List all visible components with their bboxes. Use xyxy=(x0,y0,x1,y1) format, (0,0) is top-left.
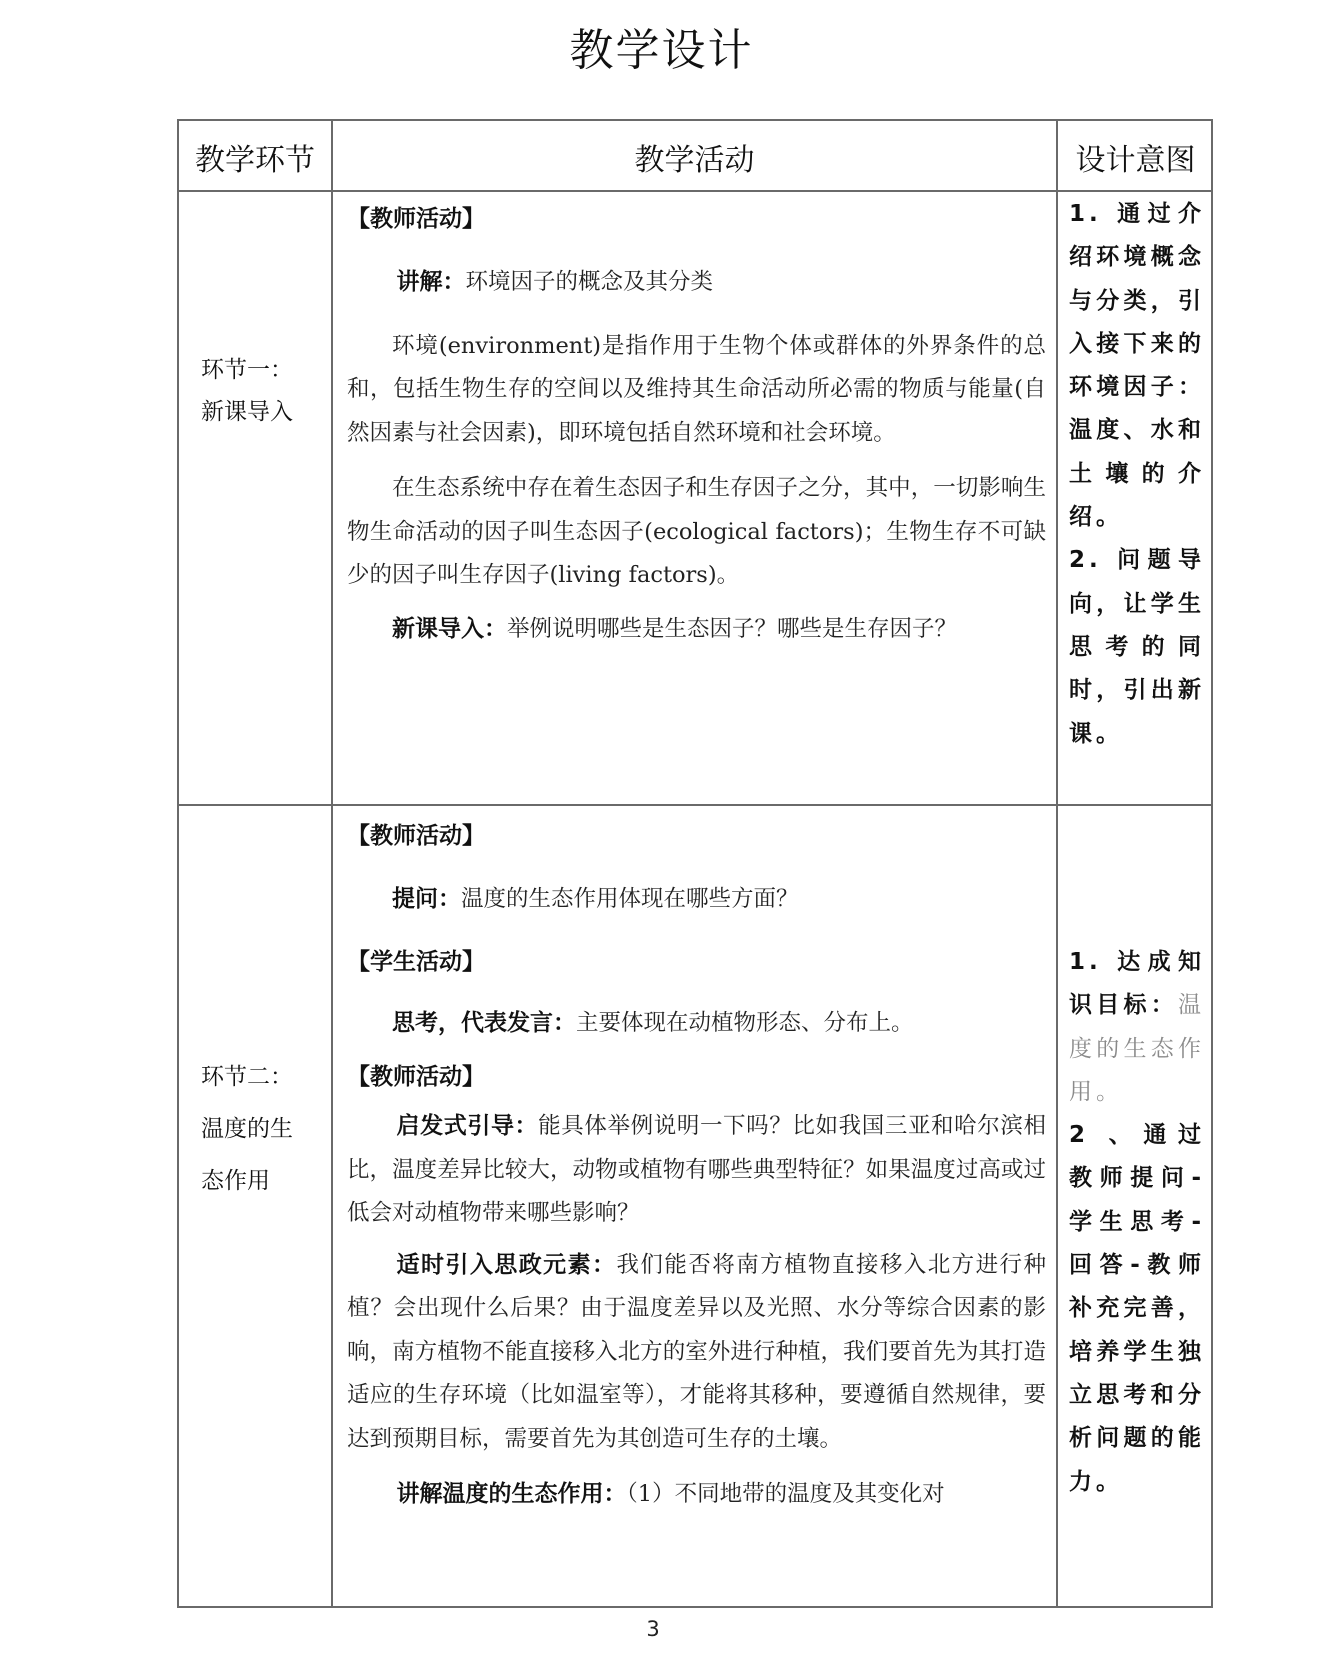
page-number: 3 xyxy=(0,1617,1306,1641)
paragraph-factors: 在生态系统中存在着生态因子和生存因子之分，其中，一切影响生物生命活动的因子叫生态… xyxy=(347,467,1046,598)
answer-text: 主要体现在动植物形态、分布上。 xyxy=(576,1010,914,1036)
intro-text: 举例说明哪些是生态因子？哪些是生存因子？ xyxy=(507,616,957,642)
explain-label: 讲解温度的生态作用： xyxy=(397,1481,627,1507)
lecture-label: 讲解： xyxy=(397,269,466,295)
header-intent: 设计意图 xyxy=(1058,121,1213,192)
activity-cell-1: 【教师活动】 讲解：环境因子的概念及其分类 环境(environment)是指作… xyxy=(333,199,1056,651)
guide-label: 启发式引导： xyxy=(397,1113,539,1139)
guide-paragraph: 启发式引导：能具体举例说明一下吗？比如我国三亚和哈尔滨相比，温度差异比较大，动物… xyxy=(347,1105,1046,1236)
intent-cell-1: 1. 通过介绍环境概念与分类，引入接下来的环境因子：温度、水和土壤的介绍。 2.… xyxy=(1058,193,1213,756)
header-stage: 教学环节 xyxy=(179,121,331,192)
stage-line: 温度的生 xyxy=(201,1103,331,1155)
section-heading-teacher: 【教师活动】 xyxy=(347,1057,1046,1097)
intent-cell-2: 1. 达成知识目标：温度的生态作用。 2 、通过教师提问-学生思考-回答-教师补… xyxy=(1058,941,1213,1504)
page-title: 教学设计 xyxy=(0,14,1323,78)
question-line: 提问：温度的生态作用体现在哪些方面？ xyxy=(347,878,1046,922)
row-divider xyxy=(179,804,1211,806)
stage-cell-2: 环节二： 温度的生 态作用 xyxy=(179,1051,331,1207)
lecture-line: 讲解：环境因子的概念及其分类 xyxy=(347,261,1046,305)
intent-point-2: 2 、通过教师提问-学生思考-回答-教师补充完善，培养学生独立思考和分析问题的能… xyxy=(1069,1114,1205,1504)
teaching-design-table: 教学环节 教学活动 设计意图 环节一： 新课导入 【教师活动】 讲解：环境因子的… xyxy=(177,119,1213,1608)
answer-label: 思考，代表发言： xyxy=(392,1010,576,1036)
stage-line: 环节一： xyxy=(201,349,331,391)
stage-line: 环节二： xyxy=(201,1051,331,1103)
intro-label: 新课导入： xyxy=(392,616,507,642)
stage-line: 态作用 xyxy=(201,1155,331,1207)
intent-point-1: 1. 通过介绍环境概念与分类，引入接下来的环境因子：温度、水和土壤的介绍。 xyxy=(1069,193,1205,539)
section-heading-teacher: 【教师活动】 xyxy=(347,816,1046,856)
ideology-text: 我们能否将南方植物直接移入北方进行种植？会出现什么后果？由于温度差异以及光照、水… xyxy=(347,1252,1046,1452)
answer-line: 思考，代表发言：主要体现在动植物形态、分布上。 xyxy=(347,1002,1046,1046)
stage-cell-1: 环节一： 新课导入 xyxy=(179,349,331,433)
question-text: 温度的生态作用体现在哪些方面？ xyxy=(461,886,799,912)
explain-text: （1）不同地带的温度及其变化对 xyxy=(627,1481,945,1507)
intro-line: 新课导入：举例说明哪些是生态因子？哪些是生存因子？ xyxy=(347,608,1046,652)
ideology-paragraph: 适时引入思政元素：我们能否将南方植物直接移入北方进行种植？会出现什么后果？由于温… xyxy=(347,1244,1046,1462)
paragraph-environment: 环境(environment)是指作用于生物个体或群体的外界条件的总和，包括生物… xyxy=(347,325,1046,456)
section-heading-teacher: 【教师活动】 xyxy=(347,199,1046,239)
lecture-text: 环境因子的概念及其分类 xyxy=(466,269,714,295)
stage-line: 新课导入 xyxy=(201,391,331,433)
activity-cell-2: 【教师活动】 提问：温度的生态作用体现在哪些方面？ 【学生活动】 思考，代表发言… xyxy=(333,816,1056,1517)
header-activity: 教学活动 xyxy=(333,121,1056,192)
explain-line: 讲解温度的生态作用：（1）不同地带的温度及其变化对 xyxy=(347,1473,1046,1517)
section-heading-student: 【学生活动】 xyxy=(347,942,1046,982)
intent-point-1: 1. 达成知识目标：温度的生态作用。 xyxy=(1069,941,1205,1114)
intent-point-2: 2. 问题导向，让学生思考的同时，引出新课。 xyxy=(1069,539,1205,755)
question-label: 提问： xyxy=(392,886,461,912)
ideology-label: 适时引入思政元素： xyxy=(397,1252,617,1278)
